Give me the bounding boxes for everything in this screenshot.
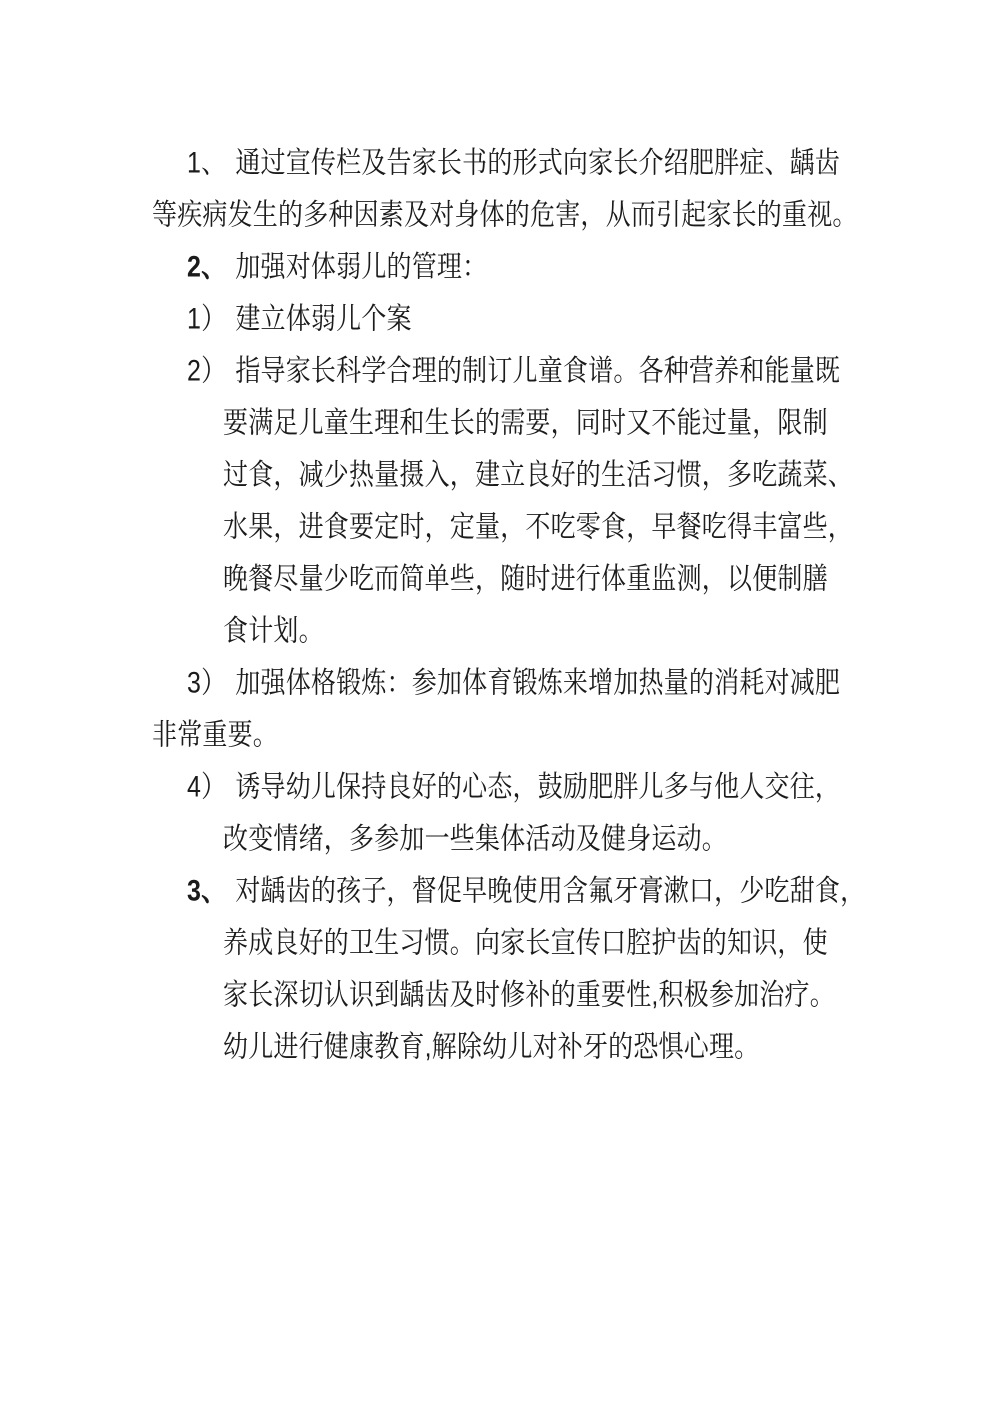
line-text: 水果，进食要定时，定量，不吃零食，早餐吃得丰富些， (223, 510, 853, 543)
line-text: 指导家长科学合理的制订儿童食谱。各种营养和能量既 (235, 354, 840, 387)
line-text: 要满足儿童生理和生长的需要，同时又不能过量，限制 (223, 406, 828, 439)
document-body: 1、通过宣传栏及告家长书的形式向家长介绍肥胖症、龋齿 等疾病发生的多种因素及对身… (0, 0, 1000, 1073)
line-text: 加强对体弱儿的管理： (235, 250, 487, 283)
line-text: 诱导幼儿保持良好的心态，鼓励肥胖儿多与他人交往， (235, 770, 840, 803)
line-text: 养成良好的卫生习惯。向家长宣传口腔护齿的知识，使 (223, 926, 828, 959)
doc-line: 幼儿进行健康教育,解除幼儿对补牙的恐惧心理。 (0, 1016, 1000, 1077)
line-text: 过食，减少热量摄入，建立良好的生活习惯，多吃蔬菜、 (223, 458, 853, 491)
line-text: 建立体弱儿个案 (235, 302, 411, 335)
line-text: 非常重要。 (152, 718, 278, 751)
line-text: 对龋齿的孩子，督促早晚使用含氟牙膏漱口，少吃甜食， (235, 874, 865, 907)
line-text: 通过宣传栏及告家长书的形式向家长介绍肥胖症、龋齿 (235, 146, 840, 179)
line-text: 食计划。 (223, 614, 324, 647)
line-text: 改变情绪，多参加一些集体活动及健身运动。 (223, 822, 727, 855)
line-text: 加强体格锻炼：参加体育锻炼来增加热量的消耗对减肥 (235, 666, 840, 699)
line-text: 幼儿进行健康教育,解除幼儿对补牙的恐惧心理。 (223, 1030, 759, 1063)
line-text: 家长深切认识到龋齿及时修补的重要性,积极参加治疗。 (223, 978, 835, 1011)
document-page: 1、通过宣传栏及告家长书的形式向家长介绍肥胖症、龋齿 等疾病发生的多种因素及对身… (0, 0, 1000, 1415)
line-text: 等疾病发生的多种因素及对身体的危害，从而引起家长的重视。 (152, 198, 858, 231)
line-text: 晚餐尽量少吃而简单些，随时进行体重监测，以便制膳 (223, 562, 828, 595)
